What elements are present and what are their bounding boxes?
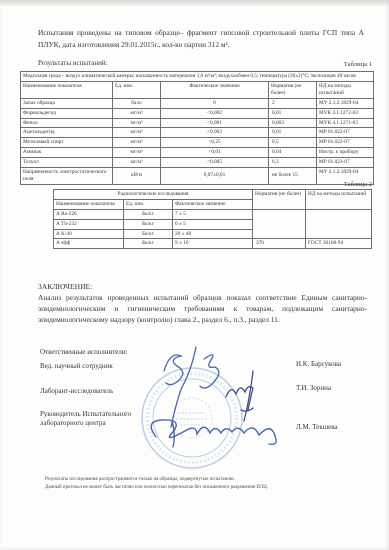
param-unit: мг/м³ <box>113 158 161 168</box>
col-header-norm: Норматив (не более) <box>269 82 317 99</box>
param-norm: 0,003 <box>269 118 317 128</box>
param-method: МР 01.023-07 <box>317 158 374 168</box>
param-name: Напряженность электростатического поля <box>21 167 113 184</box>
signatures-and-stamp-layer <box>120 335 325 485</box>
test-results-table: Модельная среда – воздух климатической к… <box>20 71 374 185</box>
param-name: Ацетальдегид <box>21 128 113 138</box>
document-page: Испытания проведены на типовом образце– … <box>0 0 389 550</box>
param-name: А Th-232 <box>54 219 124 229</box>
param-name: Фенол <box>21 118 113 128</box>
radiology-table: Радиологические исследования Норматив (н… <box>53 189 372 249</box>
footer-line-1: Результаты исследования распространяются… <box>45 476 365 484</box>
param-name: А К-40 <box>54 229 124 239</box>
param-method: МУК 4.1.1271-03 <box>317 118 374 128</box>
table2-caption: Таблица 2 <box>344 181 372 188</box>
param-norm: 2 <box>269 98 317 108</box>
param-norm: 0,3 <box>269 158 317 168</box>
table1-caption: Таблица 1 <box>344 61 372 68</box>
param-value: 7 ± 5 <box>173 209 253 219</box>
role-senior-researcher: Вед. научный сотрудник <box>40 362 113 371</box>
role-lab-center-head: Руководитель Испытательного лабораторног… <box>40 410 140 429</box>
round-stamp <box>142 368 242 468</box>
col-header-name: Наименование показателя <box>54 199 124 209</box>
col-header-norm: Норматив (не более) <box>253 190 306 210</box>
param-value: <0,25 <box>161 138 269 148</box>
conclusion-text: Анализ результатов проведенных испытаний… <box>38 292 367 325</box>
param-norm: не более 15 <box>269 167 317 184</box>
param-method: ГОСТ 30108-94 <box>306 239 372 249</box>
param-unit: мг/м³ <box>113 138 161 148</box>
param-unit: Бк/кг <box>124 209 173 219</box>
table-row: Метиловый спирт мг/м³ <0,25 0,5 МР 01.02… <box>21 138 374 148</box>
param-name: Запах образца <box>21 98 113 108</box>
name-lab-center-head: Л.М. Текшева <box>296 423 338 431</box>
param-unit: мг/м³ <box>113 128 161 138</box>
param-method: МР 01.022-07 <box>317 138 374 148</box>
param-norm: 0,01 <box>269 108 317 118</box>
param-value: <0,003 <box>161 128 269 138</box>
footer-disclaimer: Результаты исследования распространяются… <box>45 476 365 492</box>
table-row: Ацетальдегид мг/м³ <0,003 0,01 МР 01.022… <box>21 128 374 138</box>
intro-paragraph: Испытания проведены на типовом образце– … <box>38 27 364 51</box>
param-norm-empty <box>253 209 306 239</box>
param-value: 0 <box>161 98 269 108</box>
table-row: Запах образца балл 0 2 МУ 2.1.2.1829-04 <box>21 98 374 108</box>
param-method: Инстр. к прибору <box>317 148 374 158</box>
param-unit: мг/м³ <box>113 148 161 158</box>
role-lab-researcher: Лаборант-исследователь <box>40 387 113 396</box>
param-value: <0,002 <box>161 108 269 118</box>
param-value: 0,07±0,01 <box>161 167 269 184</box>
col-header-method: НД на методы испытаний <box>317 82 374 99</box>
param-name: Формальдегид <box>21 108 113 118</box>
param-value: 20 ± 48 <box>173 229 253 239</box>
param-norm: 370 <box>253 239 306 249</box>
scan-top-edge <box>0 0 389 6</box>
table-row: Толуол мг/м³ <0,005 0,3 МР 01.023-07 <box>21 158 374 168</box>
col-header-method: НД на методы испытаний <box>306 190 372 210</box>
param-method-empty <box>306 209 372 239</box>
param-value: <0,001 <box>161 118 269 128</box>
signature-barsukova <box>164 347 219 427</box>
param-value: <0,005 <box>161 158 269 168</box>
param-method: МР 01.022-07 <box>317 128 374 138</box>
name-senior-researcher: Н.К. Барсукова <box>296 360 341 368</box>
param-value: <0,01 <box>161 148 269 158</box>
signature-zorina <box>226 371 253 421</box>
col-header-unit: Ед. изм. <box>113 82 161 99</box>
col-header-value: Фактическое значение <box>161 82 269 99</box>
table-row: Модельная среда – воздух климатической к… <box>21 72 374 82</box>
results-label: Результаты испытаний: <box>38 59 108 67</box>
param-method: МУК 4.1.1272-03 <box>317 108 374 118</box>
param-unit: Бк/кг <box>124 219 173 229</box>
param-unit: мг/м³ <box>113 108 161 118</box>
signature-tekleva <box>151 420 276 447</box>
param-name: А Ra-226 <box>54 209 124 219</box>
param-name: Метиловый спирт <box>21 138 113 148</box>
param-norm: 0,5 <box>269 138 317 148</box>
param-method: МУ 2.1.2.1829-04 <box>317 98 374 108</box>
conclusion-heading: ЗАКЛЮЧЕНИЕ: <box>38 282 92 291</box>
param-unit: Бк/кг <box>124 229 173 239</box>
param-value: 9 ± 10 <box>173 239 253 249</box>
col-header-unit: Ед. изм. <box>124 199 173 209</box>
test-conditions: Модельная среда – воздух климатической к… <box>21 72 374 82</box>
table-header-row: Наименование показателя Ед. изм. Фактиче… <box>21 82 374 99</box>
col-header-name: Наименование показателя <box>21 82 113 99</box>
param-name: Аммиак <box>21 148 113 158</box>
param-unit: мг/м³ <box>113 118 161 128</box>
param-name: Толуол <box>21 158 113 168</box>
param-value: 0 ± 5 <box>173 219 253 229</box>
param-unit: кВ/м <box>113 167 161 184</box>
name-lab-researcher: Т.И. Зорина <box>296 384 331 392</box>
param-unit: Бк/кг <box>124 239 173 249</box>
table-row: А эфф Бк/кг 9 ± 10 370 ГОСТ 30108-94 <box>54 239 372 249</box>
responsible-executors-heading: Ответственные исполнители: <box>40 348 128 356</box>
param-unit: балл <box>113 98 161 108</box>
radiology-group-header: Радиологические исследования <box>54 190 253 200</box>
table-row: А Ra-226 Бк/кг 7 ± 5 <box>54 209 372 219</box>
table-row: Фенол мг/м³ <0,001 0,003 МУК 4.1.1271-03 <box>21 118 374 128</box>
param-norm: 0,01 <box>269 128 317 138</box>
param-name: А эфф <box>54 239 124 249</box>
param-norm: 0,04 <box>269 148 317 158</box>
table-row: Радиологические исследования Норматив (н… <box>54 190 372 200</box>
table-row: Формальдегид мг/м³ <0,002 0,01 МУК 4.1.1… <box>21 108 374 118</box>
table-row: Аммиак мг/м³ <0,01 0,04 Инстр. к прибору <box>21 148 374 158</box>
footer-line-2: Данный протокол не может быть частично и… <box>45 484 365 492</box>
col-header-value: Фактическое значение <box>173 199 253 209</box>
table-row: Напряженность электростатического поля к… <box>21 167 374 184</box>
